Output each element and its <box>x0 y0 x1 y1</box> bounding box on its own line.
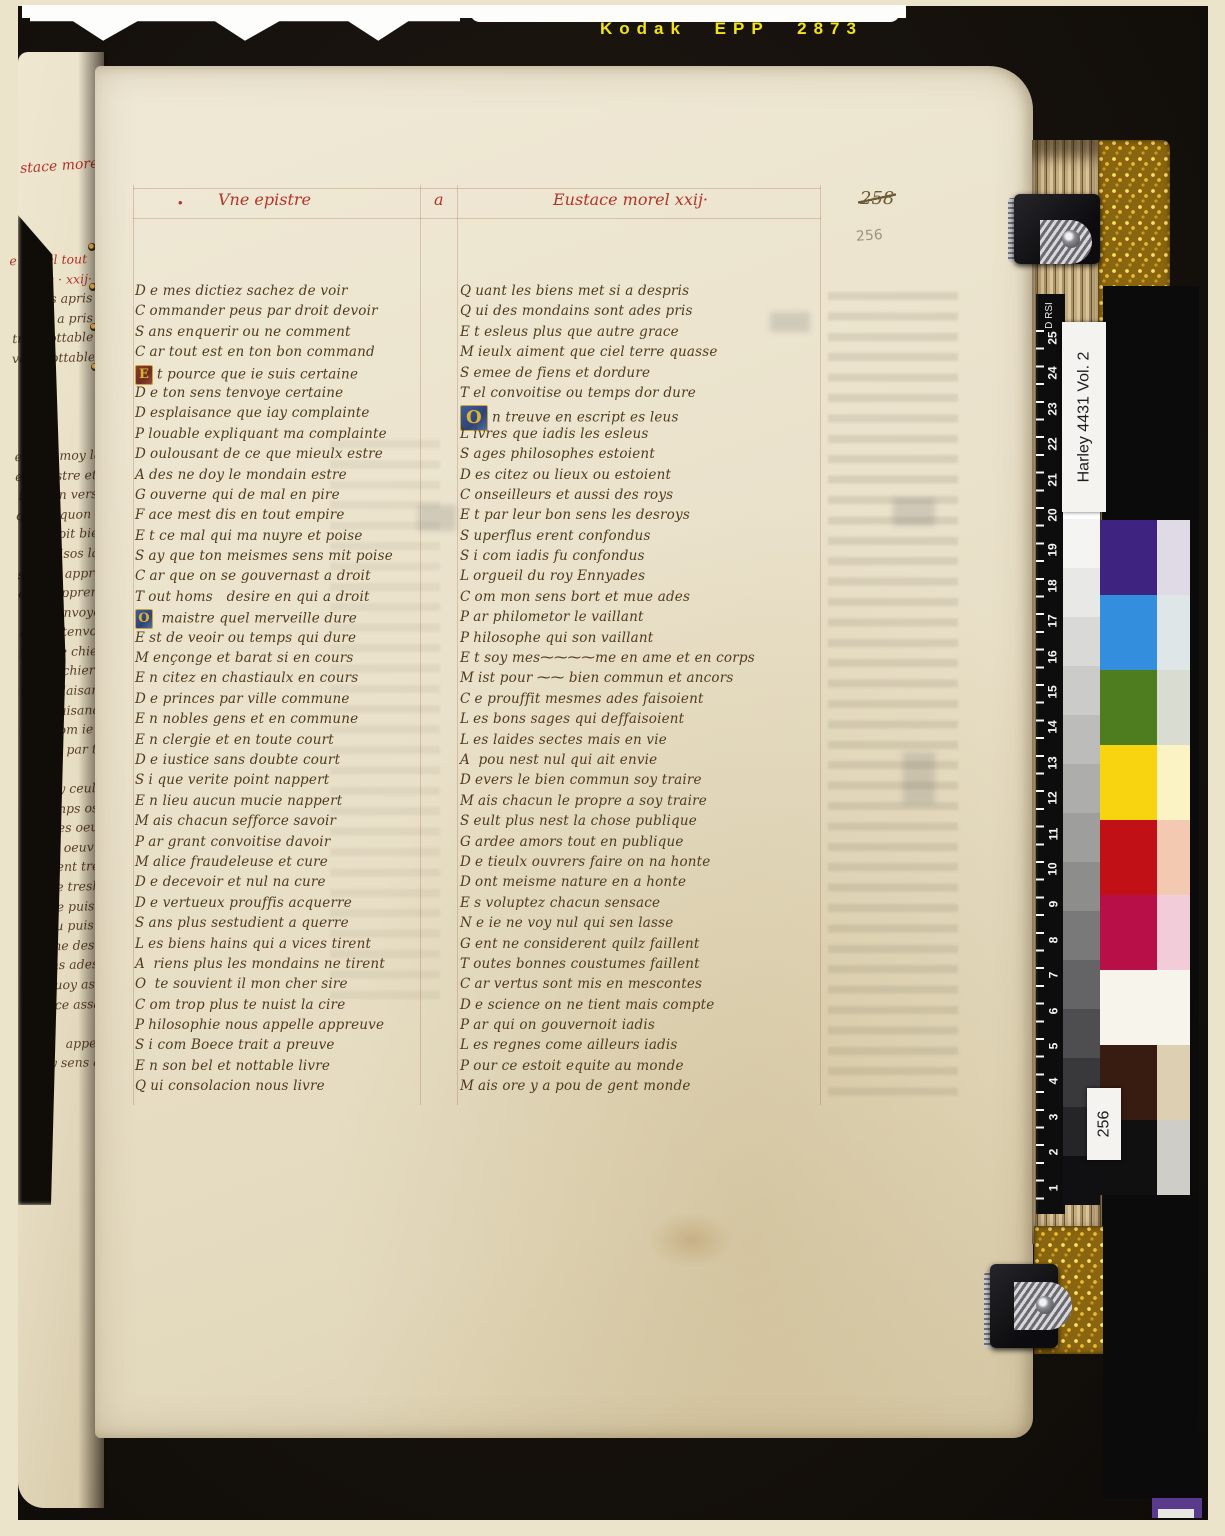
manuscript-line: Et soy mes⁓⁓⁓⁓me en ame et en corps <box>460 650 805 670</box>
ruler-number-text: 1 <box>1046 1184 1060 1191</box>
color-patch-row <box>1100 745 1190 820</box>
manuscript-line: Mais chacun le propre a soy traire <box>460 793 805 813</box>
ruler-partial-text: D RSI <box>1036 298 1063 332</box>
ruler-number: 8 <box>1042 930 1064 950</box>
ruler-number: 2 <box>1042 1142 1064 1162</box>
grayscale-patch <box>1063 568 1100 617</box>
manuscript-line: On treuve en escript es leus <box>460 405 805 425</box>
ruler-number: 1 <box>1042 1178 1064 1198</box>
manuscript-line: Philosophe qui son vaillant <box>460 630 805 650</box>
ruler-number: 15 <box>1042 682 1064 702</box>
manuscript-line: Et esleus plus que autre grace <box>460 324 805 344</box>
manuscript-line: De science on ne tient mais compte <box>460 997 805 1017</box>
ruler-number-text: 23 <box>1046 402 1060 415</box>
grayscale-patch <box>1063 960 1100 1009</box>
manuscript-line: Et par leur bon sens les desroys <box>460 507 805 527</box>
folio-number-crossed-out: 258 <box>858 188 896 209</box>
text-column-2: Quant les biens met si a desprisQui des … <box>460 283 805 1099</box>
ruler-number: 11 <box>1042 824 1064 844</box>
ruler-number: 6 <box>1042 1001 1064 1021</box>
manuscript-line: A pou nest nul qui ait envie <box>460 752 805 772</box>
manuscript-line: Car tout est en ton bon command <box>135 344 480 364</box>
manuscript-line: Mais ore y a pou de gent monde <box>460 1078 805 1098</box>
color-patch <box>1157 520 1190 595</box>
grayscale-patch <box>1063 813 1100 862</box>
ruler-number-text: 24 <box>1046 367 1060 380</box>
smudge <box>903 752 935 804</box>
ruler-number-text: 14 <box>1046 721 1060 734</box>
ruler-number-text: 10 <box>1046 862 1060 875</box>
ruler-number-text: 19 <box>1046 544 1060 557</box>
ruler-number: 3 <box>1042 1107 1064 1127</box>
color-patch-row <box>1100 595 1190 670</box>
grayscale-patch <box>1063 715 1100 764</box>
folio-number-pencil: 256 <box>855 227 883 245</box>
manuscript-line: Qui consolacion nous livre <box>135 1078 480 1098</box>
running-title-right: Eustace morel xxij· <box>553 190 708 209</box>
color-patch-row <box>1100 895 1190 970</box>
ruler-number-text: 21 <box>1046 473 1060 486</box>
smudge <box>418 505 456 531</box>
parchment-stain <box>648 1212 734 1268</box>
color-patch <box>1157 745 1190 820</box>
manuscript-line: Ce prouffit mesmes ades faisoient <box>460 691 805 711</box>
ruler-number: 17 <box>1042 611 1064 631</box>
color-patch-row <box>1100 670 1190 745</box>
grayscale-patch <box>1063 666 1100 715</box>
manuscript-line: Lorgueil du roy Ennyades <box>460 568 805 588</box>
manuscript-line: De mes dictiez sachez de voir <box>135 283 480 303</box>
color-patch <box>1157 895 1190 970</box>
grayscale-patch <box>1063 911 1100 960</box>
ruler-number: 22 <box>1042 434 1064 454</box>
ruler-number-text: 6 <box>1046 1007 1060 1014</box>
ruler-number: 18 <box>1042 576 1064 596</box>
ruler-number-text: 2 <box>1046 1149 1060 1156</box>
color-patch-row <box>1100 820 1190 895</box>
ruler-number-text: 7 <box>1046 972 1060 979</box>
color-patch <box>1100 895 1157 970</box>
ruler-number: 21 <box>1042 470 1064 490</box>
manuscript-line: Ne ie ne voy nul qui sen lasse <box>460 915 805 935</box>
manuscript-line: Conseilleurs et aussi des roys <box>460 487 805 507</box>
manuscript-line: Commander peus par droit devoir <box>135 303 480 323</box>
smudge <box>893 498 935 526</box>
ruler-number: 5 <box>1042 1036 1064 1056</box>
ruling-line <box>133 188 821 189</box>
manuscript-line: Mieulx aiment que ciel terre quasse <box>460 344 805 364</box>
ruler-number-text: 4 <box>1046 1078 1060 1085</box>
manuscript-line: Devers le bien commun soy traire <box>460 772 805 792</box>
photograph-of-manuscript: { "film": { "label": "Kodak EPP 2873", "… <box>0 0 1225 1536</box>
manuscript-line: Gardee amors tout en publique <box>460 834 805 854</box>
ruler-number-text: 5 <box>1046 1043 1060 1050</box>
manuscript-line: Superflus erent confondus <box>460 528 805 548</box>
ruler-ticks <box>1036 330 1044 1202</box>
manuscript-line: Et pource que ie suis certaine <box>135 365 480 385</box>
ruler-number-text: 8 <box>1046 936 1060 943</box>
ruler-number: 13 <box>1042 753 1064 773</box>
ruler-number: 24 <box>1042 363 1064 383</box>
manuscript-line: Par qui on gouvernoit iadis <box>460 1017 805 1037</box>
grayscale-patch <box>1063 617 1100 666</box>
binder-clip-screw <box>1036 1296 1054 1314</box>
color-patch <box>1100 745 1157 820</box>
manuscript-line: En son bel et nottable livre <box>135 1058 480 1078</box>
ruler-number: 14 <box>1042 717 1064 737</box>
grayscale-patch <box>1063 1009 1100 1058</box>
color-patch <box>1157 1120 1190 1195</box>
ruler-number-text: 22 <box>1046 438 1060 451</box>
ruler-number: 16 <box>1042 647 1064 667</box>
film-stock-label: Kodak EPP 2873 <box>600 19 930 39</box>
ruler-number: 12 <box>1042 788 1064 808</box>
ruler-number-text: 9 <box>1046 901 1060 908</box>
manuscript-line: Les bons sages qui deffaisoient <box>460 711 805 731</box>
ruler-number: 9 <box>1042 894 1064 914</box>
color-patch <box>1100 520 1157 595</box>
ruling-line <box>133 185 134 1105</box>
manuscript-line: Semee de fiens et dordure <box>460 365 805 385</box>
folio-sticker-label: 256 <box>1087 1088 1121 1160</box>
grayscale-patch <box>1063 519 1100 568</box>
grayscale-patch <box>1063 764 1100 813</box>
manuscript-line: Pour ce estoit equite au monde <box>460 1058 805 1078</box>
manuscript-line: Les regnes come ailleurs iadis <box>460 1037 805 1057</box>
manuscript-line: Si com Boece trait a preuve <box>135 1037 480 1057</box>
manuscript-line: Desplaisance que iay complainte <box>135 405 480 425</box>
ruler-number-text: 25 <box>1046 331 1060 344</box>
manuscript-line: Les laides sectes mais en vie <box>460 732 805 752</box>
ruler-number-text: 3 <box>1046 1113 1060 1120</box>
manuscript-line: Tel convoitise ou temps dor dure <box>460 385 805 405</box>
color-patch <box>1100 670 1157 745</box>
manuscript-line: Des citez ou lieux ou estoient <box>460 467 805 487</box>
ruler-number: 20 <box>1042 505 1064 525</box>
color-patch <box>1100 595 1157 670</box>
ruling-line <box>820 185 821 1105</box>
manuscript-line: De ton sens tenvoye certaine <box>135 385 480 405</box>
manuscript-line: Mist pour ⁓⁓ bien commun et ancors <box>460 670 805 690</box>
manuscript-line: Sages philosophes estoient <box>460 446 805 466</box>
running-title-mid: a <box>434 190 444 209</box>
illuminated-initial: E <box>135 365 153 385</box>
ruler-number: 23 <box>1042 399 1064 419</box>
binder-clip-screw <box>1062 230 1080 248</box>
manuscript-line: Quant les biens met si a despris <box>460 283 805 303</box>
ruler-number: 4 <box>1042 1071 1064 1091</box>
ruling-line <box>133 218 821 219</box>
manuscript-line: Par philometor le vaillant <box>460 609 805 629</box>
ruler-number-text: 17 <box>1046 615 1060 628</box>
ruler-number-text: 11 <box>1046 827 1060 840</box>
shelfmark-label: Harley 4431 Vol. 2 <box>1062 322 1106 512</box>
manuscript-line: Com mon sens bort et mue ades <box>460 589 805 609</box>
calibration-card-edge-patch <box>1158 1509 1194 1518</box>
manuscript-line: Dont meisme nature en a honte <box>460 874 805 894</box>
manuscript-line: Si com iadis fu confondus <box>460 548 805 568</box>
ruler-number: 7 <box>1042 965 1064 985</box>
manuscript-line: Philosophie nous appelle appreuve <box>135 1017 480 1037</box>
manuscript-line: Livres que iadis les esleus <box>460 426 805 446</box>
manuscript-line: Es voluptez chacun sensace <box>460 895 805 915</box>
color-patch <box>1100 820 1157 895</box>
manuscript-line: Sans enquerir ou ne comment <box>135 324 480 344</box>
manuscript-line: Car vertus sont mis en mescontes <box>460 976 805 996</box>
color-patch <box>1157 820 1190 895</box>
manuscript-line: Toutes bonnes coustumes faillent <box>460 956 805 976</box>
show-through-text <box>828 292 958 1102</box>
manuscript-line: Gent ne considerent quilz faillent <box>460 936 805 956</box>
smudge <box>770 312 810 332</box>
ruler-number: 10 <box>1042 859 1064 879</box>
ruler-number: 19 <box>1042 540 1064 560</box>
color-patch <box>1157 595 1190 670</box>
color-patch-row <box>1100 520 1190 595</box>
color-patch <box>1157 670 1190 745</box>
ruler-number-text: 12 <box>1046 792 1060 805</box>
grayscale-patch <box>1063 862 1100 911</box>
ruler-number-text: 18 <box>1046 579 1060 592</box>
ruler-number-text: 16 <box>1046 650 1060 663</box>
grayscale-patch <box>1063 1156 1100 1205</box>
paraph-mark: • <box>178 195 183 210</box>
running-title-left: Vne epistre <box>218 190 311 209</box>
color-patch <box>1100 970 1190 1045</box>
illuminated-initial: O <box>135 609 153 629</box>
ruler-number-text: 13 <box>1046 756 1060 769</box>
manuscript-line: Seult plus nest la chose publique <box>460 813 805 833</box>
manuscript-line: De tieulx ouvrers faire on na honte <box>460 854 805 874</box>
ruler-number-text: 15 <box>1046 685 1060 698</box>
ruler-number-text: 20 <box>1046 508 1060 521</box>
manuscript-line: Qui des mondains sont ades pris <box>460 303 805 323</box>
color-patch <box>1157 1045 1190 1120</box>
color-patch-row <box>1100 970 1190 1045</box>
